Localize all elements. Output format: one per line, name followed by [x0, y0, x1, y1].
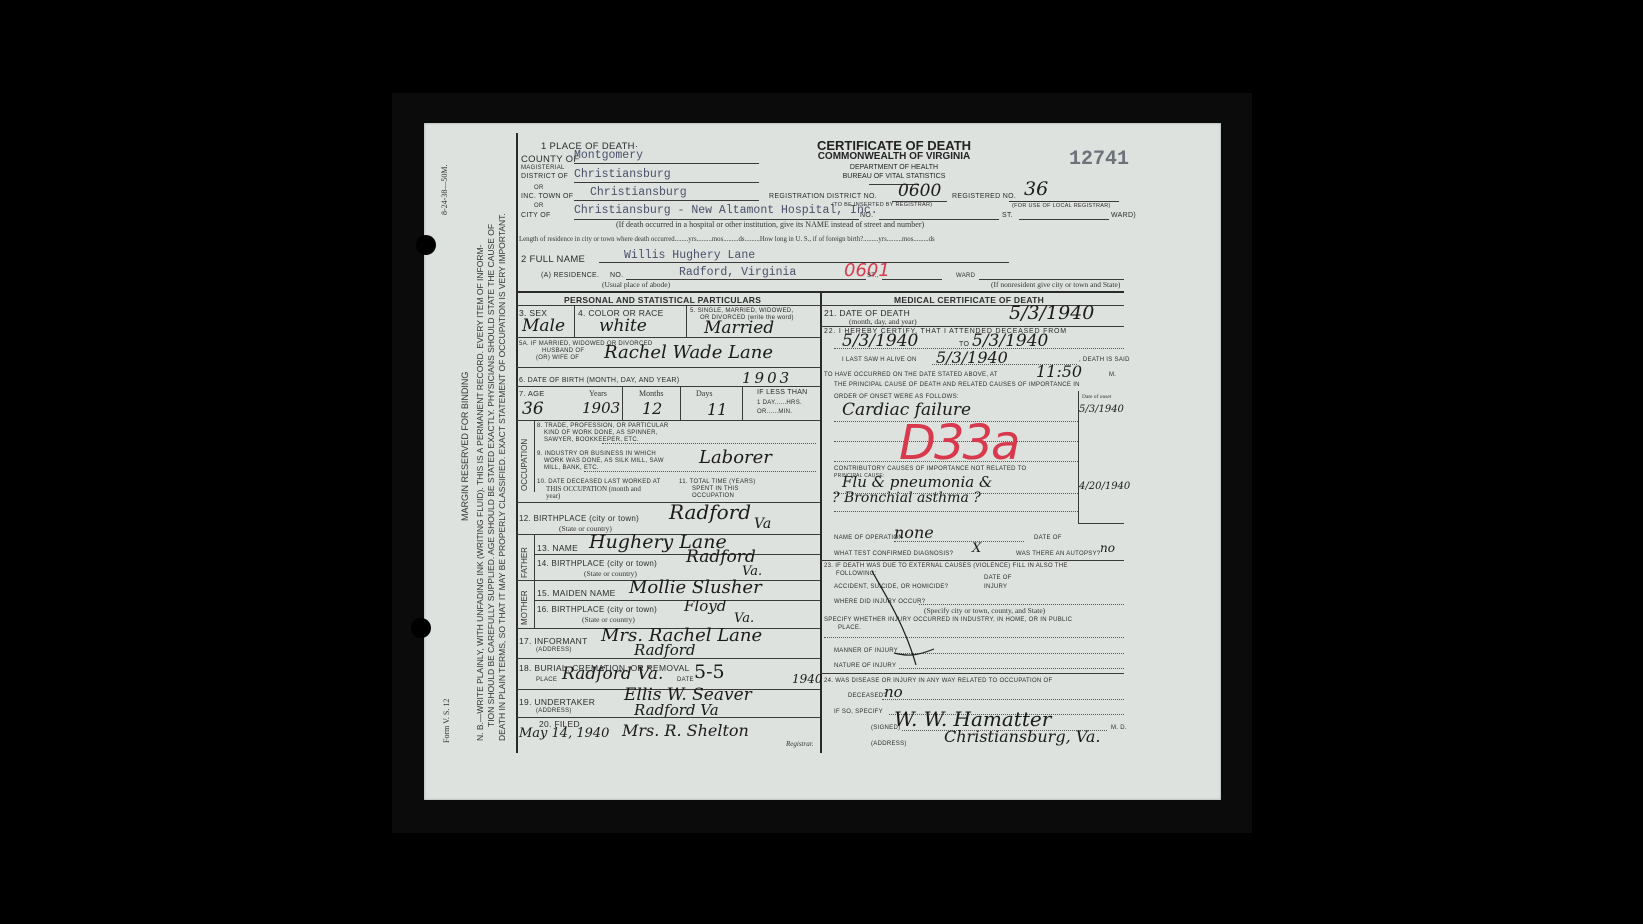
race-value: white [599, 316, 647, 336]
cause-red-code: D33a [899, 415, 1018, 471]
marital-value: Married [704, 318, 774, 338]
strike-through-mark [864, 563, 944, 673]
personal-header: PERSONAL AND STATISTICAL PARTICULARS [564, 295, 761, 305]
hospital-note: (If death occurred in a hospital or othe… [616, 220, 924, 229]
full-name-label: 2 FULL NAME [521, 254, 585, 265]
residence-length: Length of residence in city or town wher… [519, 236, 935, 243]
occupation-side-label: OCCUPATION [520, 439, 529, 491]
dob-value: 1903 [742, 369, 792, 387]
age-months-value: 12 [642, 399, 662, 418]
registrar-signature: Mrs. R. Shelton [622, 721, 749, 740]
county-value: Montgomery [574, 149, 643, 162]
birthplace-state-value: Va [754, 516, 771, 532]
instructions-line-2: TION SHOULD BE CAREFULLY SUPPLIED. AGE S… [486, 224, 496, 727]
registration-district-value: 0600 [898, 181, 941, 201]
operation-value: none [894, 523, 934, 542]
principal-cause-date: 5/3/1940 [1079, 404, 1124, 415]
department: DEPARTMENT OF HEALTH [769, 164, 1019, 171]
serial-number: 12741 [1069, 148, 1129, 171]
age-years-value: 36 [522, 399, 544, 419]
magisterial-district-value: Christiansburg [574, 168, 671, 181]
print-code: 8-24-38—50M. [440, 165, 449, 215]
autopsy-value: no [1100, 541, 1115, 555]
spouse-value: Rachel Wade Lane [604, 342, 773, 363]
birthplace-value: Radford [669, 500, 751, 524]
town-value: Christiansburg [590, 186, 687, 199]
form-id: Form V. S. 12 [442, 699, 451, 743]
date-of-death-value: 5/3/1940 [1009, 302, 1094, 324]
instructions-line-1: N. B.—WRITE PLAINLY, WITH UNFADING INK (… [475, 245, 485, 741]
contributory-date: 4/20/1940 [1079, 481, 1130, 492]
margin-note: MARGIN RESERVED FOR BINDING [460, 372, 470, 521]
burial-place-value: Radford Va. [562, 664, 663, 684]
mother-birthplace-value: Floyd [684, 597, 726, 615]
mother-name-value: Mollie Slusher [629, 577, 762, 598]
burial-year-value: 1940 [792, 672, 823, 686]
sex-value: Male [522, 316, 565, 336]
contributory-cause-1: Flu & pneumonia & [842, 473, 992, 491]
bureau: BUREAU OF VITAL STATISTICS [769, 173, 1019, 180]
certificate-subtitle: COMMONWEALTH OF VIRGINIA [769, 151, 1019, 162]
instructions-line-3: DEATH IN PLAIN TERMS, SO THAT IT MAY BE … [497, 213, 507, 741]
county-label: COUNTY OF [521, 154, 579, 165]
punch-hole-icon [411, 618, 431, 638]
time-of-death-value: 11:50 [1036, 362, 1082, 381]
filed-date-value: May 14, 1940 [519, 726, 609, 741]
physician-address: Christiansburg, Va. [944, 727, 1100, 746]
death-certificate: 8-24-38—50M. Form V. S. 12 MARGIN RESERV… [424, 123, 1221, 800]
industry-value: Laborer [699, 447, 772, 468]
informant-address-value: Radford [634, 641, 696, 659]
father-side-label: FATHER [520, 547, 529, 578]
test-value: X [972, 541, 981, 556]
form-left-border [516, 133, 518, 753]
age-days-value: 11 [707, 400, 727, 419]
residence-value: Radford, Virginia [679, 266, 796, 279]
registered-no-value: 36 [1024, 178, 1048, 200]
mother-side-label: MOTHER [520, 590, 529, 625]
punch-hole-icon [416, 235, 436, 255]
full-name-value: Willis Hughery Lane [624, 249, 755, 262]
burial-date-value: 5-5 [694, 661, 725, 683]
